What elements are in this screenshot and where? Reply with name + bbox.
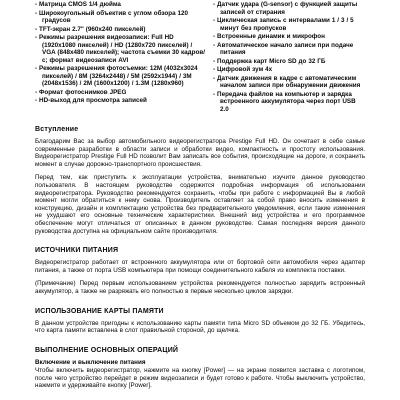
power-on-off-paragraph: Чтобы включить видеорегистратор, нажмите… bbox=[35, 367, 365, 390]
section-heading-memory-card: ИСПОЛЬЗОВАНИЕ КАРТЫ ПАМЯТИ bbox=[35, 308, 365, 316]
spec-item: Режимы разрешения видеозаписи: Full HD (… bbox=[35, 34, 207, 64]
power-on-off-subheading: Включение и выключение питания bbox=[35, 359, 365, 367]
section-power-sources: ИСТОЧНИКИ ПИТАНИЯ Видеорегистратор работ… bbox=[35, 247, 365, 295]
spec-item: Поддержка карт Micro SD до 32 ГБ bbox=[213, 58, 365, 66]
intro-paragraph-2: Перед тем, как приступить к эксплуатации… bbox=[35, 174, 365, 235]
spec-item: Формат фотоснимков JPEG bbox=[35, 89, 207, 97]
spec-item: Датчик движения в кадре с автоматическим… bbox=[213, 75, 365, 90]
spec-item: Передача файлов на компьютер и зарядка в… bbox=[213, 91, 365, 114]
spec-item: Широкоугольный объектив с углом обзора 1… bbox=[35, 10, 207, 25]
power-note: (Примечание) Перед первым использованием… bbox=[35, 280, 365, 295]
section-heading-intro: Вступление bbox=[35, 126, 365, 134]
spec-list-left: Матрица CMOS 1/4 дюйма Широкоугольный об… bbox=[35, 1, 207, 114]
section-basic-operations: ВЫПОЛНЕНИЕ ОСНОВНЫХ ОПЕРАЦИЙ Включение и… bbox=[35, 347, 365, 390]
manual-page: Матрица CMOS 1/4 дюйма Широкоугольный об… bbox=[0, 0, 400, 400]
section-intro: Вступление Благодарим Вас за выбор автом… bbox=[35, 126, 365, 235]
section-memory-card: ИСПОЛЬЗОВАНИЕ КАРТЫ ПАМЯТИ В данном устр… bbox=[35, 308, 365, 335]
spec-list-right: Датчик удара (G-sensor) с функцией защит… bbox=[213, 1, 365, 114]
spec-item: TFT-экран 2.7" (960x240 пикселей) bbox=[35, 26, 207, 34]
spec-item: HD-выход для просмотра записей bbox=[35, 97, 207, 105]
power-paragraph: Видеорегистратор работает от встроенного… bbox=[35, 259, 365, 274]
section-heading-operations: ВЫПОЛНЕНИЕ ОСНОВНЫХ ОПЕРАЦИЙ bbox=[35, 347, 365, 355]
spec-item: Циклическая запись с интервалами 1 / 3 /… bbox=[213, 17, 365, 32]
memory-card-paragraph: В данном устройстве пригодны к использов… bbox=[35, 320, 365, 335]
spec-list: Матрица CMOS 1/4 дюйма Широкоугольный об… bbox=[35, 1, 365, 114]
spec-item: Автоматическое начало записи при подаче … bbox=[213, 42, 365, 57]
spec-item: Матрица CMOS 1/4 дюйма bbox=[35, 1, 207, 9]
section-heading-power: ИСТОЧНИКИ ПИТАНИЯ bbox=[35, 247, 365, 255]
spec-item: Цифровой зум 4x bbox=[213, 66, 365, 74]
spec-item: Встроенные динамик и микрофон bbox=[213, 33, 365, 41]
spec-item: Датчик удара (G-sensor) с функцией защит… bbox=[213, 1, 365, 16]
intro-paragraph-1: Благодарим Вас за выбор автомобильного в… bbox=[35, 138, 365, 168]
spec-item: Режимы разрешения фотосъемки: 12M (4032x… bbox=[35, 65, 207, 88]
